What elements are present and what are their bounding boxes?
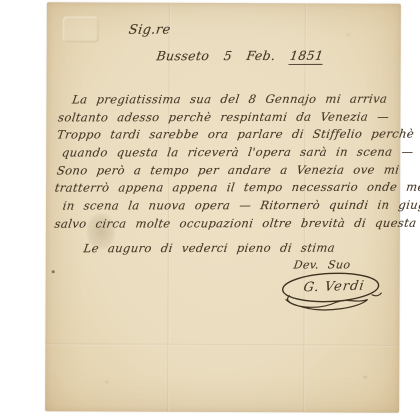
embossed-blind-stamp <box>63 16 99 42</box>
dateline-day: 5 <box>223 48 233 63</box>
signature-block: G. Verdi <box>276 269 386 315</box>
handwriting-line: Sono però a tempo per andare a Venezia o… <box>56 163 400 178</box>
dateline-year: 1851 <box>289 48 325 65</box>
photo-of-letter: { "photo": { "background_color": "#fffff… <box>0 0 420 420</box>
handwriting-line: tratterrò appena appena il tempo necessa… <box>54 180 420 195</box>
dateline-place: Busseto <box>156 48 211 63</box>
handwriting-line: La pregiatissima sua del 8 Gennajo mi ar… <box>71 92 388 107</box>
signature-name: G. Verdi <box>302 279 365 296</box>
handwriting-line: in scena la nuova opera — Ritornerò quin… <box>62 198 420 213</box>
handwriting-line: Troppo tardi sarebbe ora parlare di Stif… <box>56 127 415 142</box>
handwriting-line: salvo circa molte occupazioni oltre brev… <box>54 216 420 231</box>
letter-dateline: Busseto 5 Feb. 1851 <box>156 48 325 63</box>
handwriting-line: quando questa la riceverà l'opera sarà i… <box>61 145 414 160</box>
foxing-spot <box>347 34 350 37</box>
foxing-spot <box>105 380 108 383</box>
dateline-month: Feb. <box>246 48 277 63</box>
horizontal-fold-crease <box>45 343 399 347</box>
letter-greeting: Sig.re <box>128 23 172 38</box>
letter-closing-line: Le auguro di vederci pieno di stima <box>83 241 336 256</box>
letter-page: Sig.re Busseto 5 Feb. 1851 La pregiatiss… <box>45 2 401 413</box>
handwriting-line: soltanto adesso perchè respintami da Ven… <box>57 110 390 125</box>
foxing-spot <box>363 376 367 379</box>
foxing-spot <box>52 270 55 273</box>
